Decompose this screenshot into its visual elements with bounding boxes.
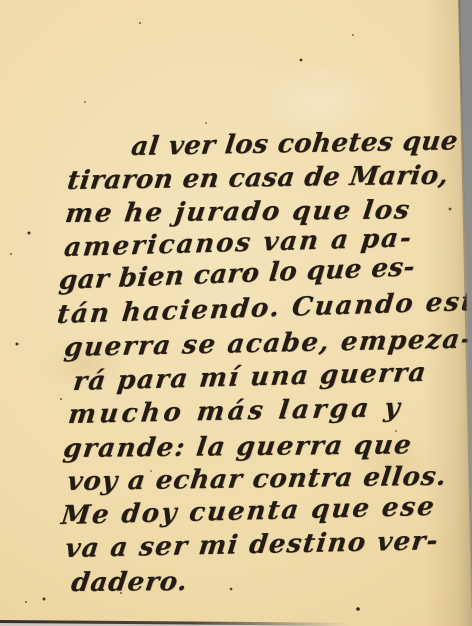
letter-line: al ver los cohetes que bbox=[129, 125, 472, 165]
letter-line: dadero. bbox=[69, 563, 472, 600]
letter-body: al ver los cohetes que tiraron en casa d… bbox=[56, 131, 472, 600]
letter-paper: al ver los cohetes que tiraron en casa d… bbox=[0, 0, 472, 626]
letter-line: tiraron en casa de Mario, bbox=[65, 158, 472, 198]
paper-texture-speckles bbox=[0, 0, 2, 2]
scanned-letter-page: al ver los cohetes que tiraron en casa d… bbox=[0, 0, 472, 626]
